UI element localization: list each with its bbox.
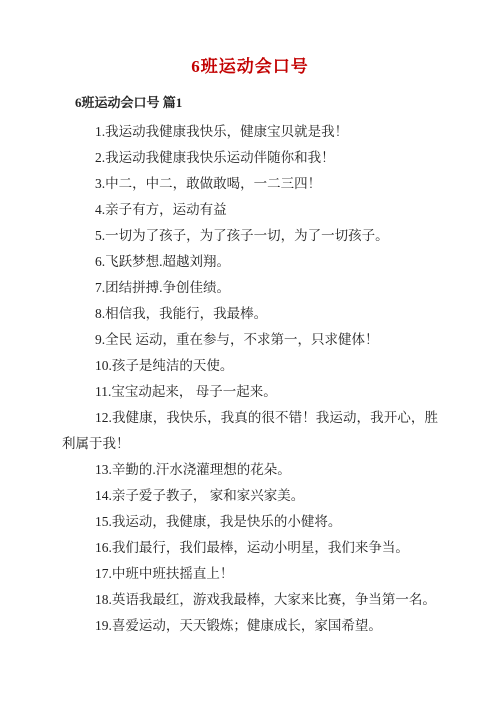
slogan-item: 6.飞跃梦想.超越刘翔。 — [62, 249, 438, 275]
slogan-item: 19.喜爱运动，天天锻炼；健康成长，家国希望。 — [62, 613, 438, 639]
slogan-item: 18.英语我最红，游戏我最棒，大家来比赛，争当第一名。 — [62, 587, 438, 613]
slogan-item: 8.相信我，我能行，我最棒。 — [62, 301, 438, 327]
slogan-item: 4.亲子有方，运动有益 — [62, 197, 438, 223]
slogan-item: 9.全民 运动，重在参与，不求第一，只求健体！ — [62, 327, 438, 353]
slogan-item: 10.孩子是纯洁的天使。 — [62, 353, 438, 379]
slogan-item: 13.辛勤的.汗水浇灌理想的花朵。 — [62, 457, 438, 483]
slogan-item: 14.亲子爱子教子， 家和家兴家美。 — [62, 483, 438, 509]
slogan-item: 3.中二，中二，敢做敢喝，一二三四！ — [62, 171, 438, 197]
slogan-item: 1.我运动我健康我快乐，健康宝贝就是我！ — [62, 119, 438, 145]
slogan-item: 2.我运动我健康我快乐运动伴随你和我！ — [62, 145, 438, 171]
slogan-list: 1.我运动我健康我快乐，健康宝贝就是我！ 2.我运动我健康我快乐运动伴随你和我！… — [62, 119, 438, 639]
slogan-item: 17.中班中班扶摇直上！ — [62, 561, 438, 587]
slogan-item: 12.我健康，我快乐，我真的很不错！我运动，我开心，胜利属于我！ — [62, 405, 438, 457]
section-heading: 6班运动会口号 篇1 — [62, 94, 438, 112]
slogan-item: 7.团结拼搏.争创佳绩。 — [62, 275, 438, 301]
slogan-item: 16.我们最行，我们最棒，运动小明星，我们来争当。 — [62, 535, 438, 561]
slogan-item: 5.一切为了孩子，为了孩子一切，为了一切孩子。 — [62, 223, 438, 249]
slogan-item: 15.我运动，我健康，我是快乐的小健将。 — [62, 509, 438, 535]
slogan-item: 11.宝宝动起来， 母子一起来。 — [62, 379, 438, 405]
document-page: 6班运动会口号 6班运动会口号 篇1 1.我运动我健康我快乐，健康宝贝就是我！ … — [0, 0, 500, 707]
document-title: 6班运动会口号 — [0, 0, 500, 77]
